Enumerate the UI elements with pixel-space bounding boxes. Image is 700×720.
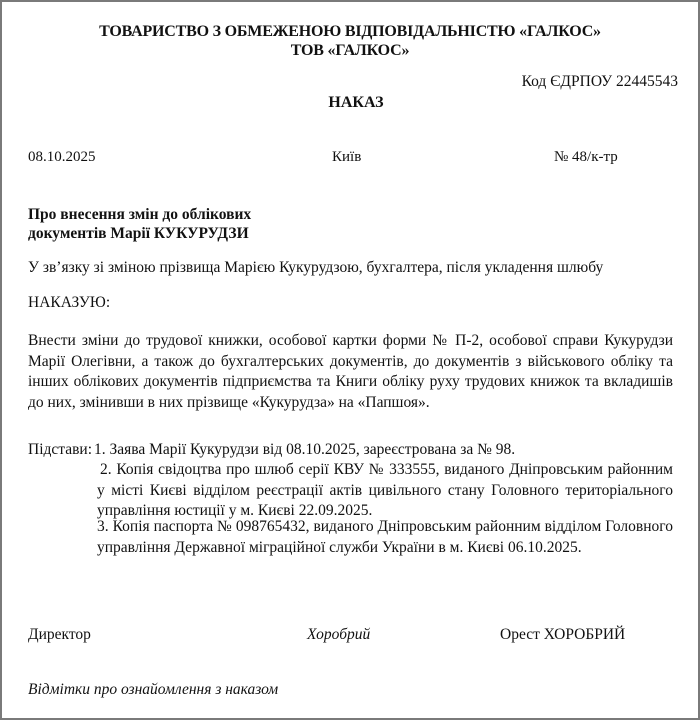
order-text: Внести зміни до трудової книжки, особово… bbox=[28, 331, 673, 413]
order-subject-line-1: Про внесення змін до облікових bbox=[28, 205, 348, 224]
order-subject-line-2: документів Марії КУКУРУДЗИ bbox=[28, 224, 348, 243]
order-number: № 48/к-тр bbox=[554, 150, 618, 165]
basis-label: Підстави: bbox=[28, 442, 92, 458]
order-directive-word: НАКАЗУЮ: bbox=[28, 295, 110, 311]
organization-full-name: ТОВАРИСТВО З ОБМЕЖЕНОЮ ВІДПОВІДАЛЬНІСТЮ … bbox=[2, 24, 698, 40]
signer-full-name: Орест ХОРОБРИЙ bbox=[500, 627, 625, 643]
order-date: 08.10.2025 bbox=[28, 150, 96, 165]
handwritten-signature: Хоробрий bbox=[307, 627, 370, 643]
organization-short-name: ТОВ «ГАЛКОС» bbox=[2, 43, 698, 59]
document-type-title: НАКАЗ bbox=[14, 95, 698, 111]
order-subject: Про внесення змін до облікових документі… bbox=[28, 205, 348, 243]
basis-item: 1. Заява Марії Кукурудзи від 08.10.2025,… bbox=[94, 442, 515, 458]
acknowledgement-note: Відмітки про ознайомлення з наказом bbox=[28, 682, 278, 698]
order-city: Київ bbox=[332, 150, 361, 165]
order-document: ТОВАРИСТВО З ОБМЕЖЕНОЮ ВІДПОВІДАЛЬНІСТЮ … bbox=[0, 0, 700, 720]
order-preamble: У зв’язку зі зміною прізвища Марією Куку… bbox=[28, 260, 603, 276]
signer-position: Директор bbox=[28, 627, 91, 643]
basis-item: 2. Копія свідоцтва про шлюб серії КВУ № … bbox=[97, 460, 673, 522]
edrpou-code: Код ЄДРПОУ 22445543 bbox=[522, 74, 678, 90]
basis-item: 3. Копія паспорта № 098765432, виданого … bbox=[97, 517, 673, 558]
